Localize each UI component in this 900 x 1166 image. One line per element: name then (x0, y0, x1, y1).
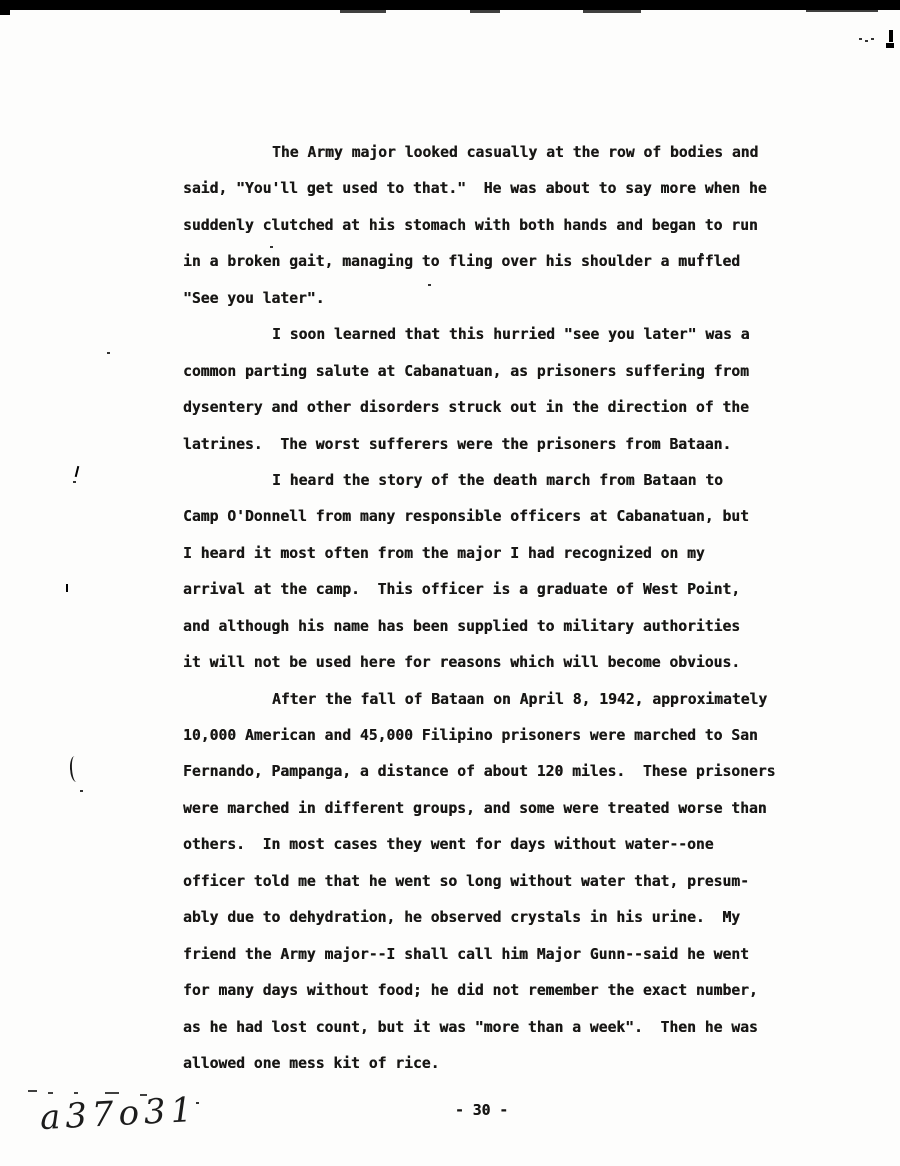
typed-line: said, "You'll get used to that." He was … (183, 171, 823, 207)
typed-line: others. In most cases they went for days… (183, 827, 823, 863)
scanned-document-page: The Army major looked casually at the ro… (0, 0, 900, 1166)
typed-line: "See you later". (183, 281, 823, 317)
ink-speck (80, 790, 83, 792)
typed-line: officer told me that he went so long wit… (183, 864, 823, 900)
typed-text-block: The Army major looked casually at the ro… (183, 135, 823, 1082)
scan-smudge (0, 9, 10, 15)
page-number: - 30 - (455, 1102, 508, 1119)
typed-line: ably due to dehydration, he observed cry… (183, 900, 823, 936)
typed-line: friend the Army major--I shall call him … (183, 937, 823, 973)
ink-speck (859, 38, 862, 40)
scan-smudge (470, 10, 500, 13)
typed-line: After the fall of Bataan on April 8, 194… (183, 682, 823, 718)
ink-speck (107, 352, 110, 354)
typed-line: Camp O'Donnell from many responsible off… (183, 499, 823, 535)
typed-line: as he had lost count, but it was "more t… (183, 1010, 823, 1046)
typed-line: it will not be used here for reasons whi… (183, 645, 823, 681)
pencil-dash (28, 1090, 37, 1092)
pencil-dash (48, 1092, 53, 1094)
typed-line: latrines. The worst sufferers were the p… (183, 427, 823, 463)
pencil-dash (74, 1092, 78, 1094)
ink-speck (871, 38, 874, 40)
typed-line: Fernando, Pampanga, a distance of about … (183, 754, 823, 790)
ink-mark (886, 43, 894, 48)
margin-tick (75, 466, 80, 477)
typed-line: I heard the story of the death march fro… (183, 463, 823, 499)
typed-line: The Army major looked casually at the ro… (183, 135, 823, 171)
scan-smudge (340, 9, 386, 13)
typed-line: and although his name has been supplied … (183, 609, 823, 645)
ink-mark (889, 30, 893, 42)
typed-line: common parting salute at Cabanatuan, as … (183, 354, 823, 390)
scan-edge-bar (0, 0, 900, 10)
handwritten-note: a37o31 (39, 1090, 198, 1138)
typed-line: dysentery and other disorders struck out… (183, 390, 823, 426)
margin-paren-mark (69, 756, 82, 783)
typed-line: in a broken gait, managing to fling over… (183, 244, 823, 280)
scan-smudge (583, 9, 641, 13)
margin-tick (66, 584, 68, 592)
typed-line: for many days without food; he did not r… (183, 973, 823, 1009)
ink-speck (73, 481, 76, 483)
typed-line: allowed one mess kit of rice. (183, 1046, 823, 1082)
scan-smudge (806, 9, 878, 12)
typed-line: 10,000 American and 45,000 Filipino pris… (183, 718, 823, 754)
typed-line: arrival at the camp. This officer is a g… (183, 572, 823, 608)
ink-speck (865, 40, 868, 42)
typed-line: were marched in different groups, and so… (183, 791, 823, 827)
typed-line: suddenly clutched at his stomach with bo… (183, 208, 823, 244)
typed-line: I soon learned that this hurried "see yo… (183, 317, 823, 353)
typed-line: I heard it most often from the major I h… (183, 536, 823, 572)
